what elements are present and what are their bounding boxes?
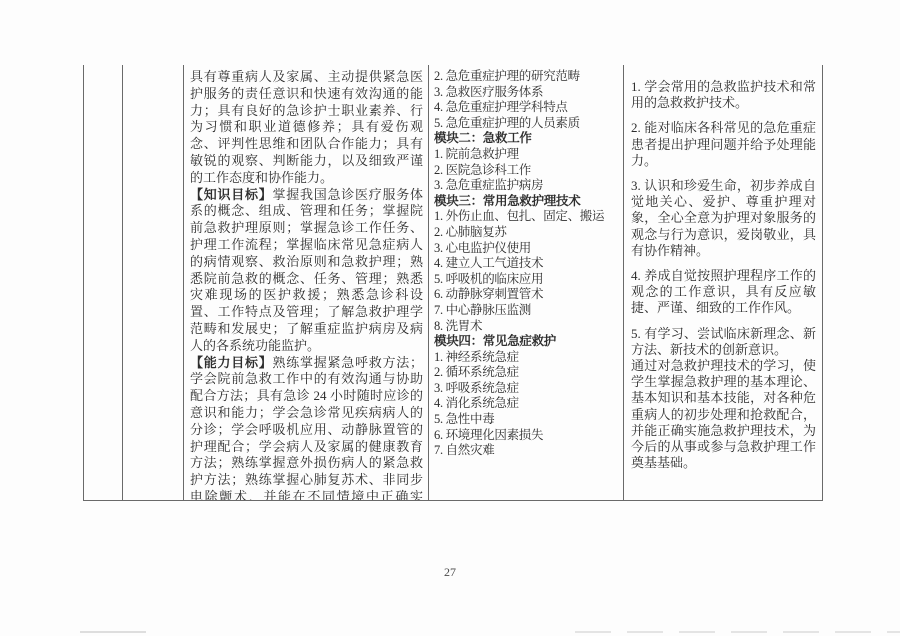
- content-line: 3. 心电监护仪使用: [434, 241, 620, 257]
- requirement-paragraph: 5. 有学习、尝试临床新理念、新方法、新技术的创新意识。: [631, 326, 816, 358]
- content-line: 4. 消化系统急症: [434, 396, 620, 412]
- table-cell-requirements: 1. 学会常用的急救监护技术和常用的急救救护技术。2. 能对临床各科常见的急危重…: [624, 65, 822, 500]
- ability-objectives-paragraph: 【能力目标】熟练掌握紧急呼救方法；学会院前急救工作中的有效沟通与协助配合方法；具…: [190, 355, 423, 500]
- content-line: 1. 外伤止血、包扎、固定、搬运: [434, 209, 620, 225]
- content-line: 6. 环境理化因素损失: [434, 428, 620, 444]
- content-line: 3. 呼吸系统急症: [434, 381, 620, 397]
- content-line: 模块三：常用急救护理技术: [434, 194, 620, 210]
- requirement-paragraph: 1. 学会常用的急救监护技术和常用的急救救护技术。: [631, 79, 816, 111]
- content-line: 5. 呼吸机的临床应用: [434, 272, 620, 288]
- table-cell-objectives: 具有尊重病人及家属、主动提供紧急医护服务的责任意识和快速有效沟通的能力；具有良好…: [184, 65, 429, 500]
- content-line: 4. 建立人工气道技术: [434, 256, 620, 272]
- content-line: 2. 循环系统急症: [434, 365, 620, 381]
- requirement-paragraph: 3. 认识和珍爱生命，初步养成自觉地关心、爱护、尊重护理对象，全心全意为护理对象…: [631, 178, 816, 259]
- content-line: 1. 院前急救护理: [434, 147, 620, 163]
- content-line: 2. 医院急诊科工作: [434, 163, 620, 179]
- next-page-edge-right: [575, 631, 900, 633]
- content-line: 3. 急救医疗服务体系: [434, 85, 620, 101]
- knowledge-objectives-label: 【知识目标】: [190, 187, 273, 202]
- content-line: 2. 急危重症护理的研究范畴: [434, 69, 620, 85]
- content-line: 7. 自然灾难: [434, 443, 620, 459]
- requirement-paragraph: 通过对急救护理技术的学习，使学生掌握急救护理的基本理论、基本知识和基本技能，对各…: [631, 358, 816, 471]
- content-line: 模块四：常见急症救护: [434, 334, 620, 350]
- content-line: 8. 洗胃术: [434, 319, 620, 335]
- table-cell-content-modules: 2. 急危重症护理的研究范畴3. 急救医疗服务体系4. 急危重症护理学科特点5.…: [429, 65, 624, 500]
- content-line: 5. 急危重症护理的人员素质: [434, 116, 620, 132]
- quality-objectives-paragraph: 具有尊重病人及家属、主动提供紧急医护服务的责任意识和快速有效沟通的能力；具有良好…: [190, 69, 423, 187]
- content-line: 6. 动静脉穿刺置管术: [434, 287, 620, 303]
- ability-objectives-label: 【能力目标】: [190, 355, 273, 370]
- next-page-edge-left: [80, 631, 146, 633]
- table-cell-empty-2: [123, 65, 184, 500]
- content-line: 3. 急危重症监护病房: [434, 178, 620, 194]
- content-line: 2. 心肺脑复苏: [434, 225, 620, 241]
- content-line: 5. 急性中毒: [434, 412, 620, 428]
- requirement-paragraph: 4. 养成自觉按照护理程序工作的观念的工作意识，具有反应敏捷、严谨、细致的工作作…: [631, 268, 816, 317]
- requirement-paragraph: 2. 能对临床各科常见的急危重症患者提出护理问题并给予处理能力。: [631, 120, 816, 169]
- knowledge-objectives-text: 掌握我国急诊医疗服务体系的概念、组成、管理和任务；掌握院前急救护理原则；掌握急诊…: [190, 187, 423, 353]
- curriculum-table: 具有尊重病人及家属、主动提供紧急医护服务的责任意识和快速有效沟通的能力；具有良好…: [83, 65, 823, 501]
- content-line: 7. 中心静脉压监测: [434, 303, 620, 319]
- ability-objectives-text: 熟练掌握紧急呼救方法；学会院前急救工作中的有效沟通与协助配合方法；具有急诊 24…: [190, 355, 423, 500]
- page-number: 27: [0, 565, 900, 580]
- document-page: 具有尊重病人及家属、主动提供紧急医护服务的责任意识和快速有效沟通的能力；具有良好…: [0, 0, 900, 636]
- table-cell-empty-1: [84, 65, 123, 500]
- content-line: 1. 神经系统急症: [434, 350, 620, 366]
- content-line: 4. 急危重症护理学科特点: [434, 100, 620, 116]
- content-line: 模块二：急救工作: [434, 131, 620, 147]
- knowledge-objectives-paragraph: 【知识目标】掌握我国急诊医疗服务体系的概念、组成、管理和任务；掌握院前急救护理原…: [190, 187, 423, 355]
